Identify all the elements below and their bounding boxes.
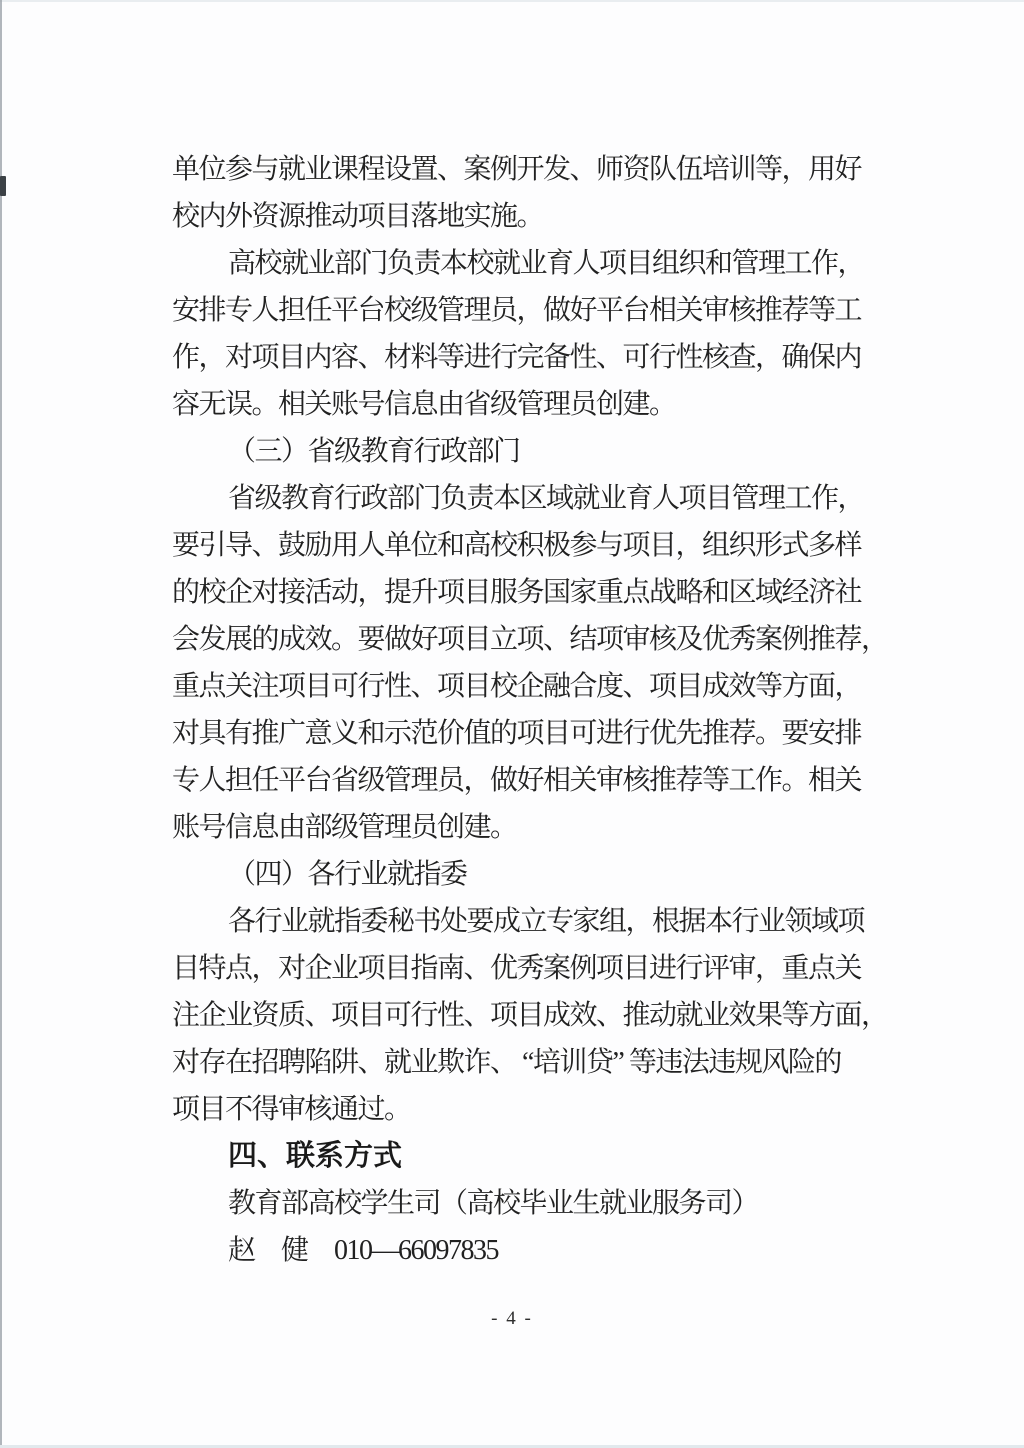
text-line: 各行业就指委秘书处要成立专家组，根据本行业领域项: [172, 898, 866, 945]
text-line: 容无误。相关账号信息由省级管理员创建。: [172, 381, 866, 428]
text-line: 专人担任平台省级管理员，做好相关审核推荐等工作。相关: [172, 757, 866, 804]
text-line: 注企业资质、项目可行性、项目成效、推动就业效果等方面，: [172, 992, 866, 1039]
document-body: 单位参与就业课程设置、案例开发、师资队伍培训等，用好校内外资源推动项目落地实施。…: [172, 146, 866, 1274]
text-line: 校内外资源推动项目落地实施。: [172, 193, 866, 240]
text-line: 赵 健 010—66097835: [172, 1227, 866, 1274]
text-line: 省级教育行政部门负责本区域就业育人项目管理工作，: [172, 475, 866, 522]
text-line: 安排专人担任平台校级管理员，做好平台相关审核推荐等工: [172, 287, 866, 334]
text-line: 的校企对接活动，提升项目服务国家重点战略和区域经济社: [172, 569, 866, 616]
text-line: （三）省级教育行政部门: [172, 428, 866, 475]
scan-mark: [0, 176, 6, 196]
text-line: 重点关注项目可行性、项目校企融合度、项目成效等方面，: [172, 663, 866, 710]
text-line: （四）各行业就指委: [172, 851, 866, 898]
text-line: 会发展的成效。要做好项目立项、结项审核及优秀案例推荐，: [172, 616, 866, 663]
text-line: 单位参与就业课程设置、案例开发、师资队伍培训等，用好: [172, 146, 866, 193]
text-line: 高校就业部门负责本校就业育人项目组织和管理工作，: [172, 240, 866, 287]
text-line: 教育部高校学生司（高校毕业生就业服务司）: [172, 1180, 866, 1227]
scan-edge-top: [0, 0, 1024, 2]
document-page: 单位参与就业课程设置、案例开发、师资队伍培训等，用好校内外资源推动项目落地实施。…: [0, 0, 1024, 1448]
text-line: 要引导、鼓励用人单位和高校积极参与项目，组织形式多样: [172, 522, 866, 569]
page-number: - 4 -: [0, 1308, 1024, 1330]
text-line: 目特点，对企业项目指南、优秀案例项目进行评审，重点关: [172, 945, 866, 992]
text-line: 对存在招聘陷阱、就业欺诈、 “培训贷” 等违法违规风险的: [172, 1039, 866, 1086]
text-line: 账号信息由部级管理员创建。: [172, 804, 866, 851]
text-line: 四、联系方式: [172, 1133, 866, 1180]
text-line: 作，对项目内容、材料等进行完备性、可行性核查，确保内: [172, 334, 866, 381]
text-line: 项目不得审核通过。: [172, 1086, 866, 1133]
scan-edge-left: [0, 0, 2, 1448]
text-line: 对具有推广意义和示范价值的项目可进行优先推荐。要安排: [172, 710, 866, 757]
